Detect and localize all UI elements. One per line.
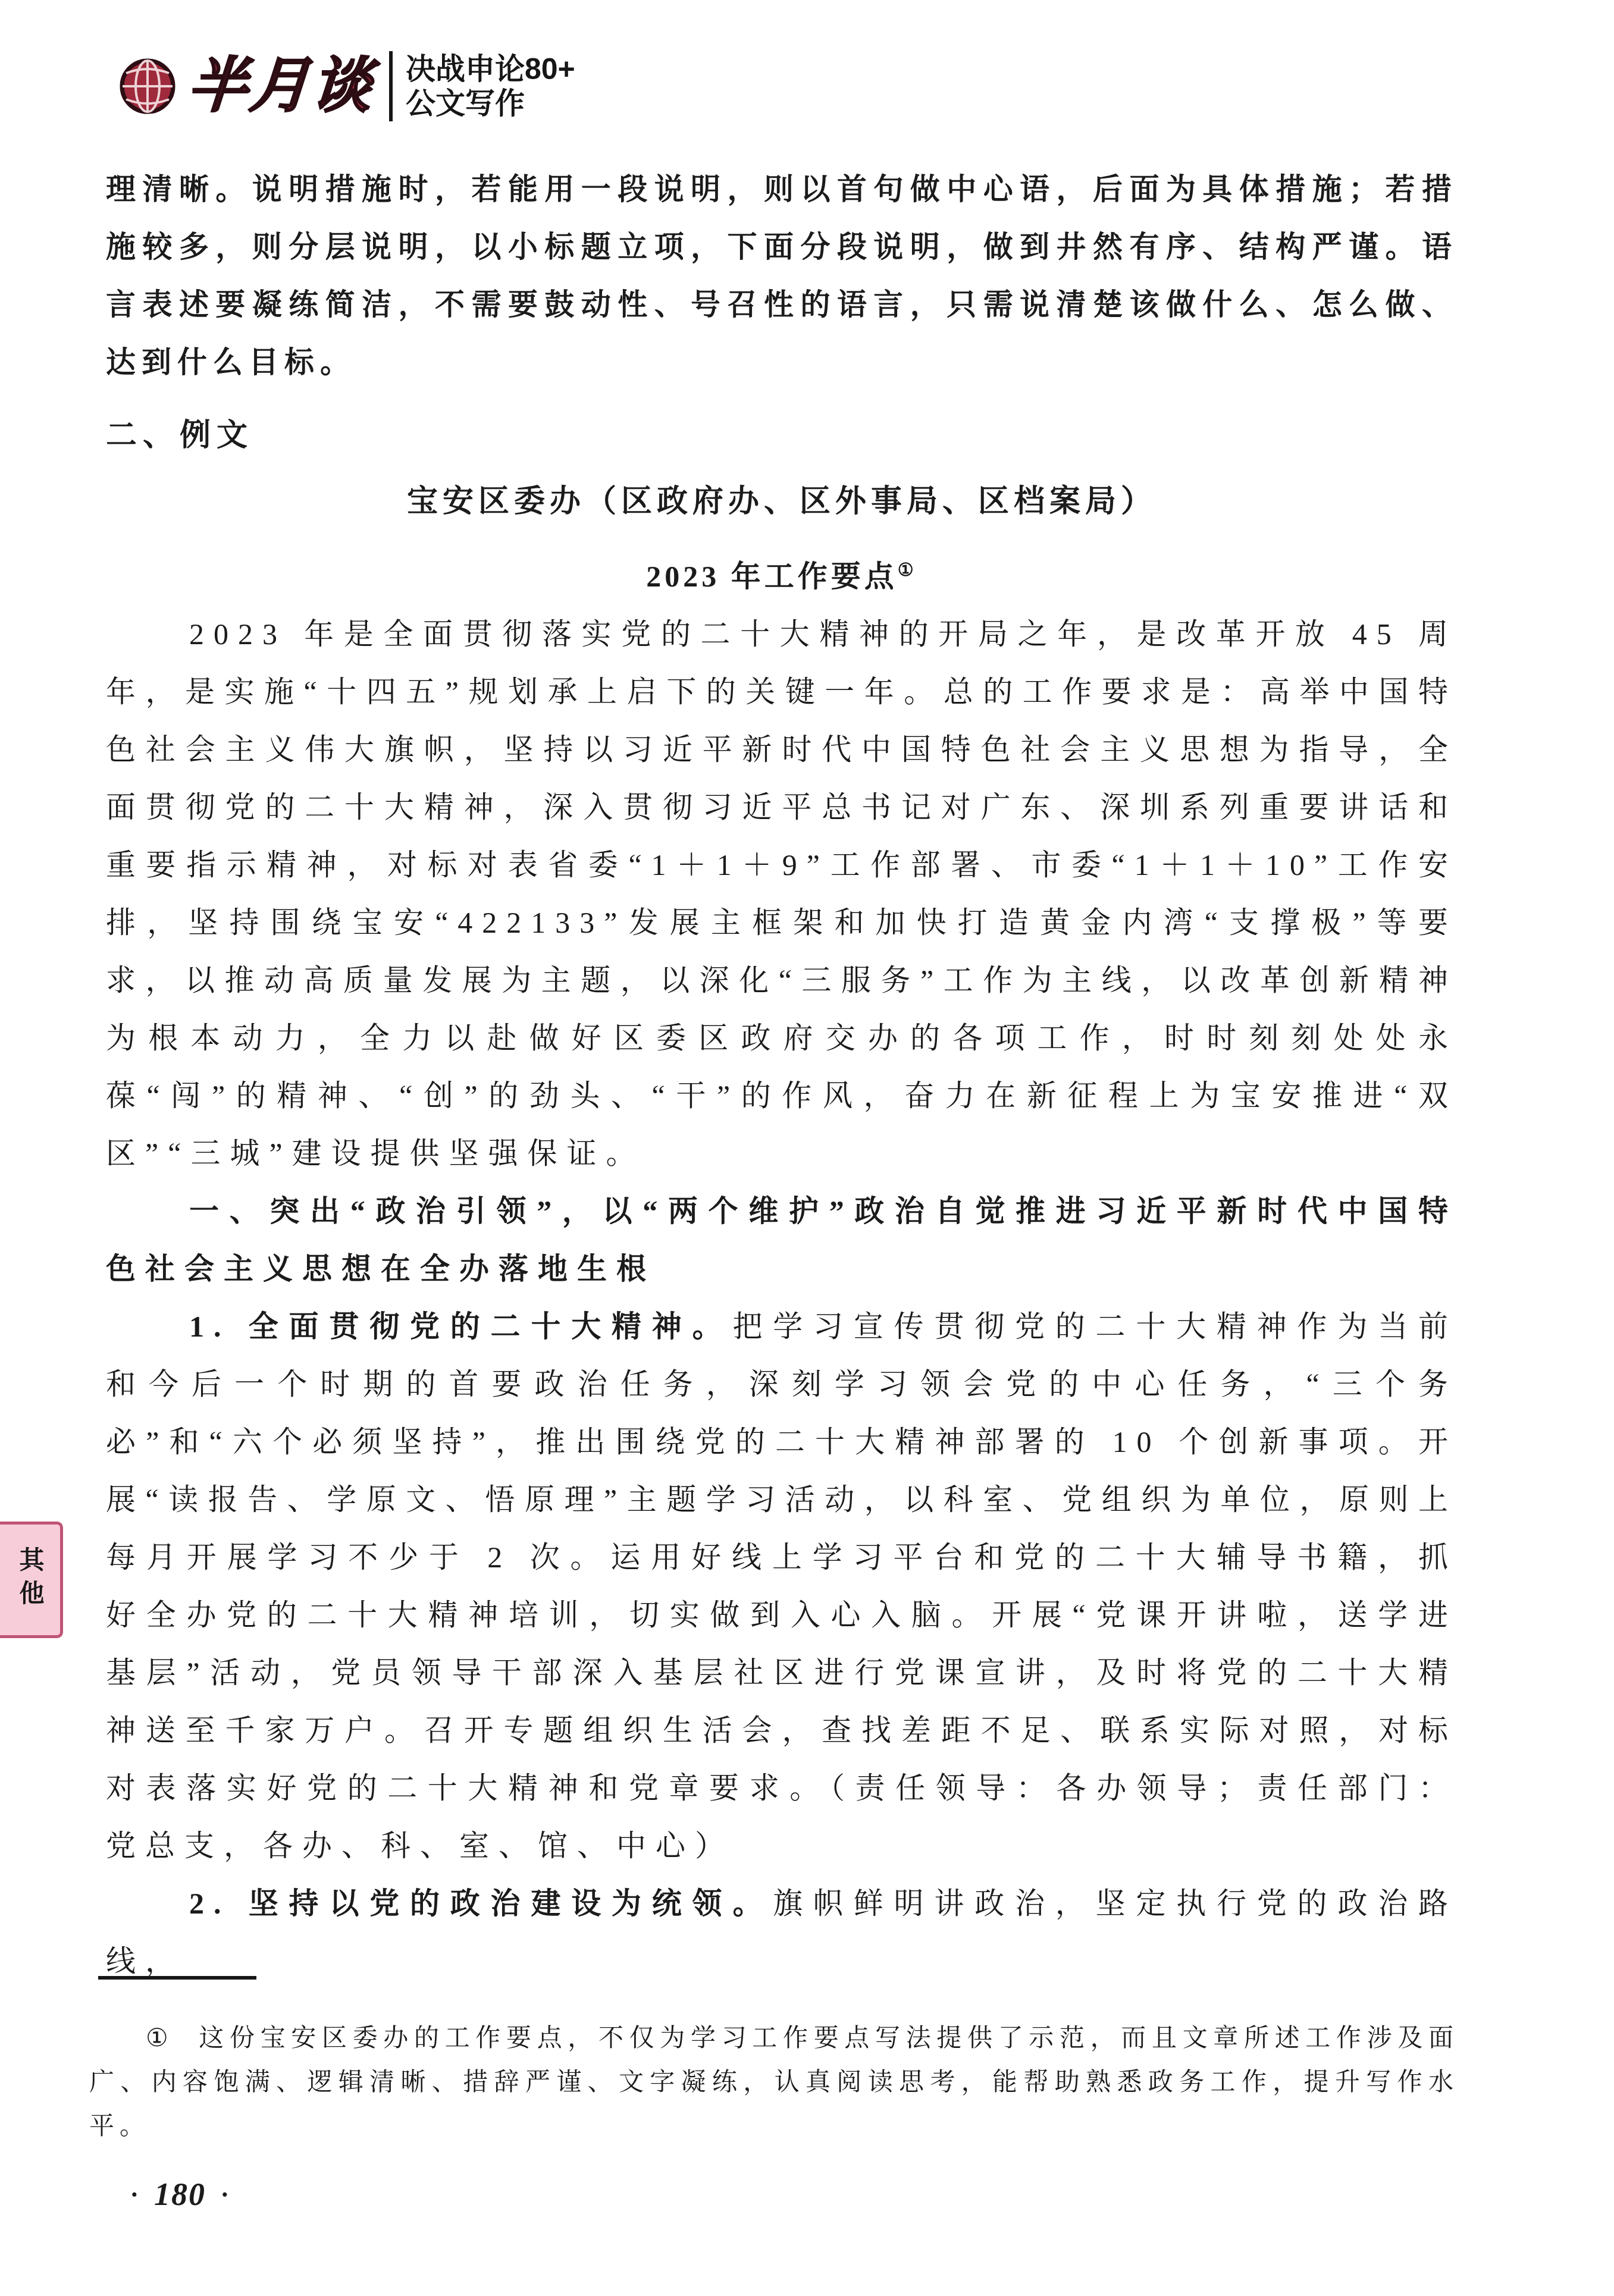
opening-paragraph: 2023 年是全面贯彻落实党的二十大精神的开局之年，是改革开放 45 周年，是实…: [106, 606, 1458, 1182]
page-number: · 180 ·: [131, 2176, 229, 2213]
footnote: ①这份宝安区委办的工作要点，不仅为学习工作要点写法提供了示范，而且文章所述工作涉…: [89, 2016, 1459, 2148]
header-divider: [389, 51, 393, 121]
item-2-paragraph: 2. 坚持以党的政治建设为统领。旗帜鲜明讲政治，坚定执行党的政治路线，: [106, 1875, 1458, 1990]
book-page: 半月谈 决战申论80+ 公文写作 其他 理清晰。说明措施时，若能用一段说明，则以…: [0, 0, 1614, 2296]
banyuetan-globe-icon: [118, 57, 177, 116]
item-1-lead: 1. 全面贯彻党的二十大精神。: [189, 1310, 732, 1343]
brand-title: 半月谈: [186, 57, 376, 116]
series-line-1: 决战申论80+: [406, 52, 575, 86]
document-subtitle-text: 2023 年工作要点: [646, 560, 898, 593]
footnote-marker: ①: [146, 2025, 174, 2052]
intro-paragraph: 理清晰。说明措施时，若能用一段说明，则以首句做中心语，后面为具体措施；若措施较多…: [106, 161, 1458, 391]
section-heading-liwen: 二、例文: [106, 407, 1458, 465]
side-tab-label: 其他: [12, 1547, 48, 1613]
footnote-separator-rule: [98, 1976, 256, 1980]
item-1-paragraph: 1. 全面贯彻党的二十大精神。把学习宣传贯彻党的二十大精神作为当前和今后一个时期…: [106, 1298, 1458, 1875]
side-tab-other: 其他: [0, 1522, 63, 1638]
page-number-left-dot: ·: [131, 2179, 139, 2210]
main-text-column: 理清晰。说明措施时，若能用一段说明，则以首句做中心语，后面为具体措施；若措施较多…: [106, 161, 1458, 1990]
section-1-heading: 一、突出“政治引领”，以“两个维护”政治自觉推进习近平新时代中国特色社会主义思想…: [106, 1182, 1458, 1298]
page-number-value: 180: [154, 2176, 206, 2213]
page-number-right-dot: ·: [221, 2179, 229, 2210]
document-title: 宝安区委办（区政府办、区外事局、区档案局）: [106, 473, 1458, 531]
series-title: 决战申论80+ 公文写作: [406, 52, 575, 121]
footnote-text: 这份宝安区委办的工作要点，不仅为学习工作要点写法提供了示范，而且文章所述工作涉及…: [89, 2025, 1459, 2140]
footnote-reference-marker: ①: [898, 560, 917, 580]
document-subtitle: 2023 年工作要点①: [106, 541, 1458, 606]
item-1-body: 把学习宣传贯彻党的二十大精神作为当前和今后一个时期的首要政治任务，深刻学习领会党…: [106, 1310, 1458, 1805]
series-line-2: 公文写作: [406, 86, 575, 121]
item-2-lead: 2. 坚持以党的政治建设为统领。: [189, 1887, 773, 1920]
brand-header: 半月谈 决战申论80+ 公文写作: [118, 51, 575, 121]
